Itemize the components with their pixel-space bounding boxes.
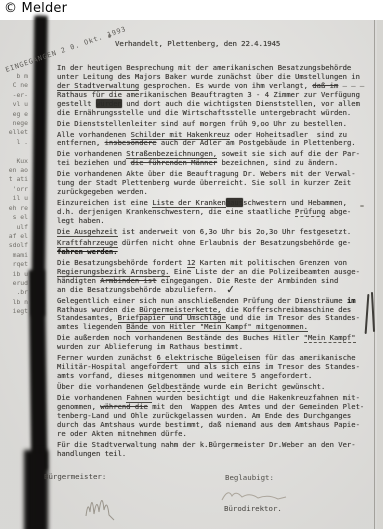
binding-shadow xyxy=(36,16,44,529)
paragraph: Die vorhandenen Akte über die Beauftragu… xyxy=(57,170,373,197)
margin-text-fragments: b m C ne -er- vl u eg e nege ellet l . K… xyxy=(0,72,28,317)
signature-scribble xyxy=(80,482,136,524)
paragraph: Einzureichen ist eine Liste der Krankenh… xyxy=(57,199,373,226)
attest-title: Bürodirektor. xyxy=(224,504,282,513)
credit-label: © Melder xyxy=(4,1,67,16)
paragraph: Die Dienststellenleiter sind auf morgen … xyxy=(57,120,373,129)
attest-signature-scribble xyxy=(220,486,292,504)
paragraph: In der heutigen Besprechung mit der amer… xyxy=(57,64,373,117)
signature-label-mayor: Bürgermeister: xyxy=(44,472,106,481)
scan-edge-margin xyxy=(377,20,383,529)
document-scan: b m C ne -er- vl u eg e nege ellet l . K… xyxy=(0,20,383,529)
viewer-credit-bar: © Melder xyxy=(0,0,383,20)
attest-label: Beglaubigt: xyxy=(225,473,274,482)
paragraph: Die Ausgehzeit ist anderweit von 6,3o Uh… xyxy=(57,228,373,237)
paragraph: Über die vorhandenen Geldbestände wurde … xyxy=(57,383,373,392)
paragraph: Ferner wurden zunächst 6 elektrische Büg… xyxy=(57,354,373,381)
paragraph: Für die Stadtverwaltung nahm der k.Bürge… xyxy=(57,441,373,459)
paragraph: Gelegentlich einer sich nun anschließend… xyxy=(57,297,373,333)
document-body: In der heutigen Besprechung mit der amer… xyxy=(57,64,373,461)
paragraph: Die außerdem noch vorhandenen Bestände d… xyxy=(57,334,373,352)
paragraph: Die vorhandenen Fahnen wurden besichtigt… xyxy=(57,394,373,439)
paragraph: Die Besatzungsbehörde fordert 12 Karten … xyxy=(57,259,373,295)
dateline: Verhandelt, Plettenberg, den 22.4.1945 xyxy=(115,39,280,48)
scan-edge-line xyxy=(374,20,375,529)
paragraph: Die vorhandenen Straßenbezeichnungen, so… xyxy=(57,150,373,168)
paragraph: Kraftfahrzeuge dürfen nicht ohne Erlaubn… xyxy=(57,239,373,257)
paragraph: Alle vorhandenen Schilder mit Hakenkreuz… xyxy=(57,131,373,149)
